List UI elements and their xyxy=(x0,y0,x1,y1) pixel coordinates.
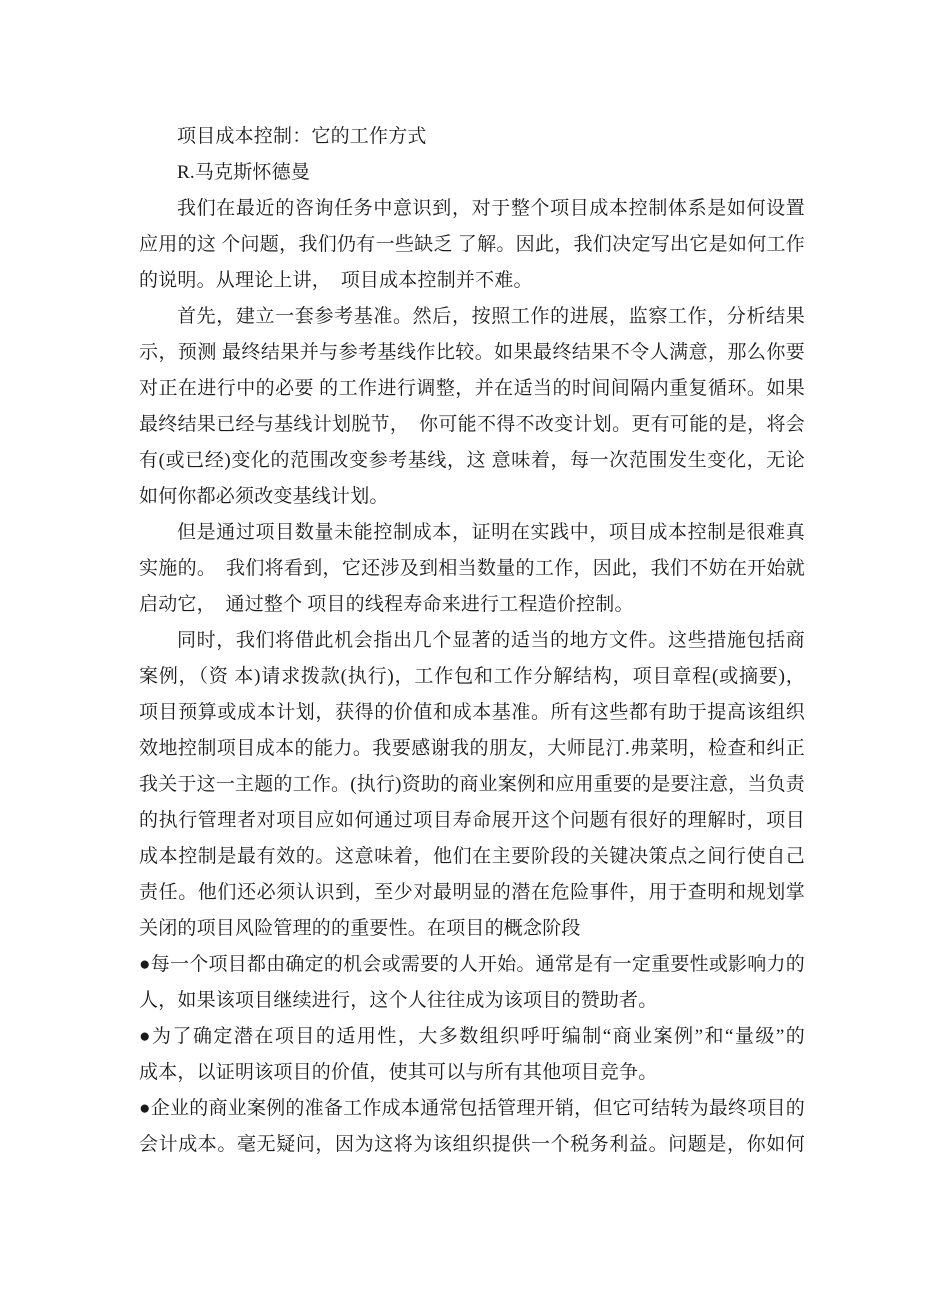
document-title-line: 项目成本控制：它的工作方式 xyxy=(139,119,805,155)
body-text-line: 示，预测 最终结果并与参考基线作比较。如果最终结果不令人满意，那么你要 xyxy=(139,335,805,371)
body-text-line: 项目预算或成本计划，获得的价值和成本基准。所有这些都有助于提高该组织有 xyxy=(139,695,805,731)
body-text-line: 成本控制是最有效的。这意味着，他们在主要阶段的关键决策点之间行使自己的 xyxy=(139,839,805,875)
bullet-line: ●为了确定潜在项目的适用性，大多数组织呼吁编制“商业案例”和“量级”的 xyxy=(139,1019,805,1055)
body-text-line: 成本，以证明该项目的价值，使其可以与所有其他项目竞争。 xyxy=(139,1055,805,1091)
body-text-line: 启动它， 通过整个 项目的线程寿命来进行工程造价控制。 xyxy=(139,587,805,623)
body-text-line: 同时，我们将借此机会指出几个显著的适当的地方文件。这些措施包括商业 xyxy=(139,623,805,659)
body-text-line: 会计成本。毫无疑问，因为这将为该组织提供一个税务利益。问题是，你如何再 xyxy=(139,1127,805,1163)
body-text-line: 首先，建立一套参考基准。然后，按照工作的进展，监察工作，分析结果显 xyxy=(139,299,805,335)
body-text-line: 但是通过项目数量未能控制成本，证明在实践中，项目成本控制是很难真正 xyxy=(139,515,805,551)
body-text-line: 应用的这 个问题，我们仍有一些缺乏 了解。因此，我们决定写出它是如何工作 xyxy=(139,227,805,263)
body-text-line: 如何你都必须改变基线计划。 xyxy=(139,479,805,515)
body-text-line: 最终结果已经与基线计划脱节， 你可能不得不改变计划。更有可能的是，将会 xyxy=(139,407,805,443)
body-text-line: 的说明。从理论上讲， 项目成本控制并不难。 xyxy=(139,263,805,299)
body-text-line: 责任。他们还必须认识到，至少对最明显的潜在危险事件，用于查明和规划掌管 xyxy=(139,875,805,911)
author-line: R.马克斯怀德曼 xyxy=(139,155,805,191)
body-text-line: 关闭的项目风险管理的的重要性。在项目的概念阶段 xyxy=(139,911,805,947)
body-text-line: 的执行管理者对项目应如何通过项目寿命展开这个问题有很好的理解时，项目的 xyxy=(139,803,805,839)
body-text-line: 有(或已经)变化的范围改变参考基线，这 意味着，每一次范围发生变化，无论 xyxy=(139,443,805,479)
body-text-line: 对正在进行中的必要 的工作进行调整，并在适当的时间间隔内重复循环。如果 xyxy=(139,371,805,407)
body-text-line: 我们在最近的咨询任务中意识到，对于整个项目成本控制体系是如何设置和 xyxy=(139,191,805,227)
body-text-line: 实施的。 我们将看到，它还涉及到相当数量的工作，因此，我们不妨在开始就 xyxy=(139,551,805,587)
document-page: 项目成本控制：它的工作方式R.马克斯怀德曼我们在最近的咨询任务中意识到，对于整个… xyxy=(0,0,926,1309)
document-body: 项目成本控制：它的工作方式R.马克斯怀德曼我们在最近的咨询任务中意识到，对于整个… xyxy=(139,119,805,1163)
body-text-line: 人，如果该项目继续进行，这个人往往成为该项目的赞助者。 xyxy=(139,983,805,1019)
body-text-line: 我关于这一主题的工作。(执行)资助的商业案例和应用重要的是要注意，当负责 xyxy=(139,767,805,803)
body-text-line: 效地控制项目成本的能力。我要感谢我的朋友，大师昆汀.弗菜明，检查和纠正 xyxy=(139,731,805,767)
bullet-line: ●企业的商业案例的准备工作成本通常包括管理开销，但它可结转为最终项目的 xyxy=(139,1091,805,1127)
body-text-line: 案例，（资 本)请求拨款(执行)，工作包和工作分解结构，项目章程(或摘要)， xyxy=(139,659,805,695)
bullet-line: ●每一个项目都由确定的机会或需要的人开始。通常是有一定重要性或影响力的 xyxy=(139,947,805,983)
